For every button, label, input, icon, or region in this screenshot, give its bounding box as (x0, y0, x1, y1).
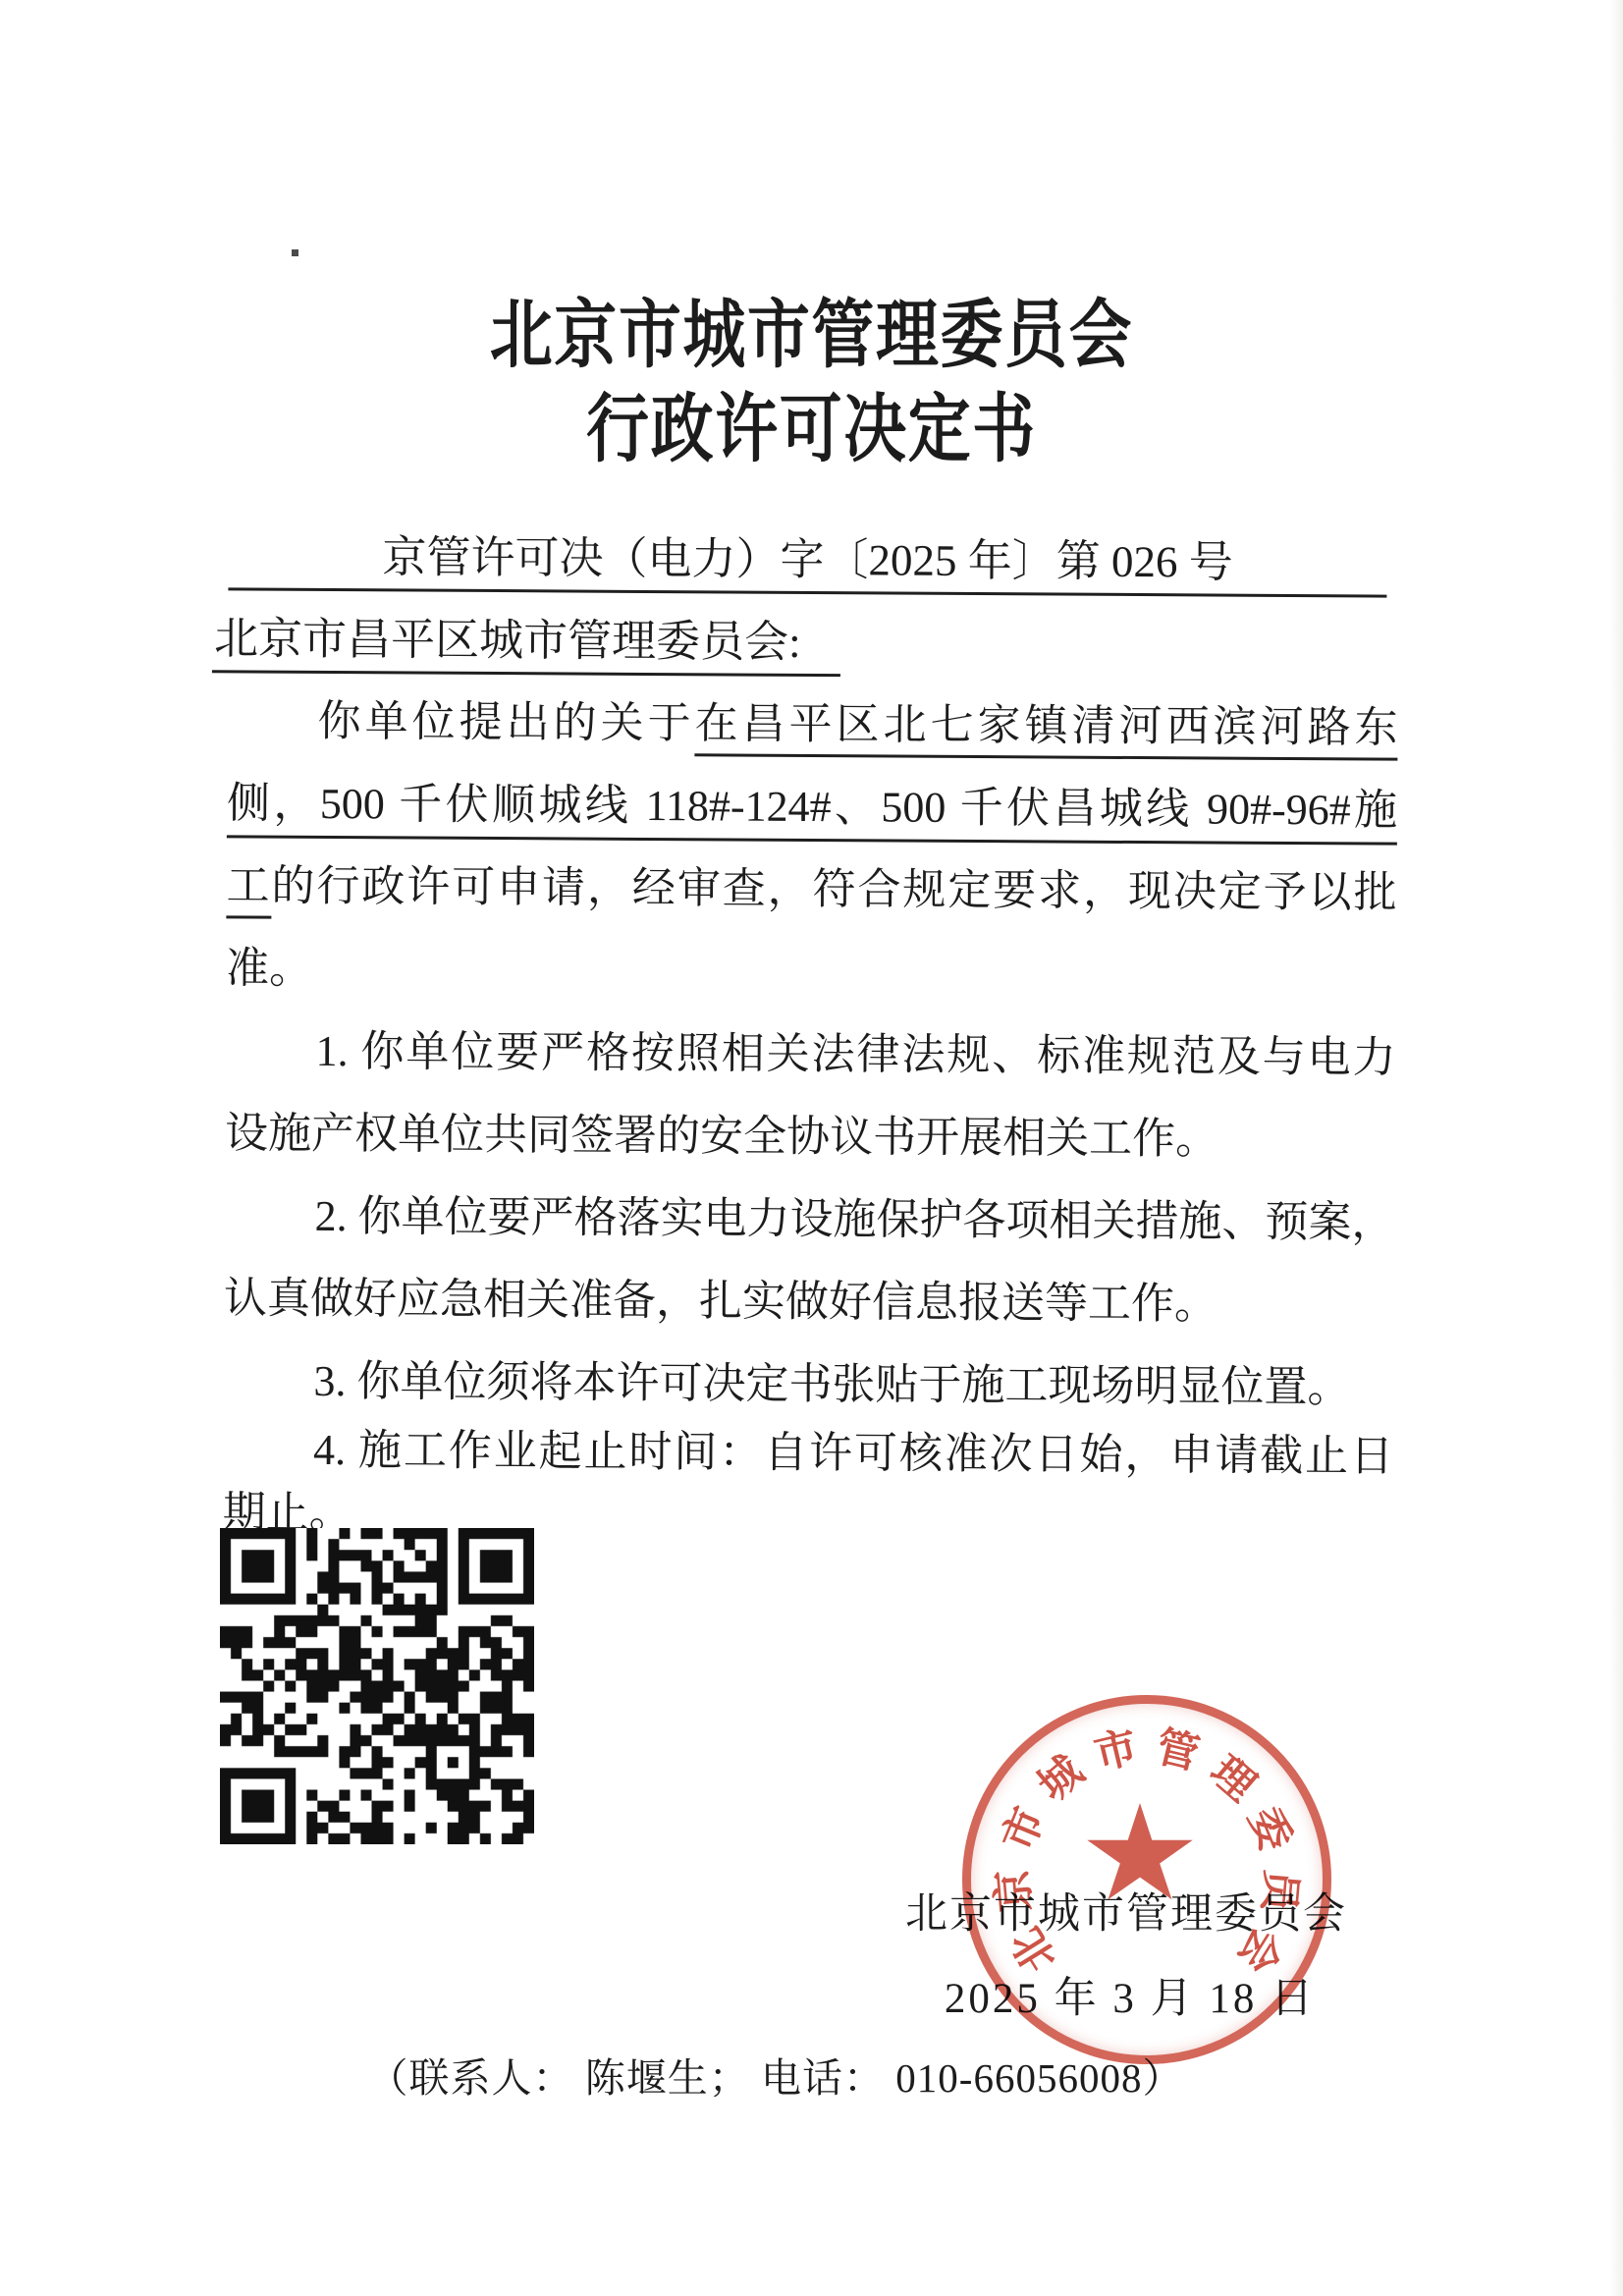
item-3-line: 3. 你单位须将本许可决定书张贴于施工现场明显位置。 (223, 1349, 1393, 1419)
item-1-line-1: 1. 你单位要严格按照相关法律法规、标准规范及与电力 (225, 1019, 1395, 1089)
scanned-document-page: { "page": {"background": "#ffffff", "ink… (0, 0, 1623, 2296)
document-body: 京管许可决（电力）字〔2025 年〕第 026 号 北京市昌平区城市管理委员会:… (0, 0, 1623, 2296)
qr-code (220, 1528, 534, 1844)
seal-ring-character: 管 (1151, 1724, 1206, 1779)
official-red-seal: 北京市城市管理委员会 (962, 1695, 1331, 2064)
seal-ring-character: 员 (1254, 1867, 1303, 1916)
underlined-text: 工 (226, 861, 271, 918)
document-number: 京管许可决（电力）字〔2025 年〕第 026 号 (228, 524, 1386, 597)
item-2-line-1: 2. 你单位要严格落实电力设施保护各项相关措施、预案， (224, 1184, 1394, 1254)
paragraph-line: 工的行政许可申请，经审查，符合规定要求，现决定予以批 (226, 854, 1396, 924)
seal-ring-character: 城 (1029, 1748, 1093, 1812)
underlined-text: 在昌平区北七家镇清河西滨河路东 (694, 699, 1397, 760)
seal-ring-character: 会 (1227, 1918, 1289, 1980)
item-1-line-2: 设施产权单位共同签署的安全协议书开展相关工作。 (225, 1102, 1395, 1172)
paragraph-text: 你单位提出的关于 (317, 697, 694, 747)
addressee-line: 北京市昌平区城市管理委员会: (212, 607, 840, 677)
seal-star-icon (1085, 1803, 1195, 1909)
seal-ring-character: 北 (1004, 1918, 1066, 1980)
item-2-line-2: 认真做好应急相关准备，扎实做好信息报送等工作。 (224, 1267, 1394, 1337)
seal-ring-character: 委 (1239, 1800, 1298, 1859)
seal-ring-character: 京 (992, 1867, 1041, 1916)
paragraph-line-underlined: 侧，500 千伏顺城线 118#-124#、500 千伏昌城线 90#-96#施 (227, 772, 1397, 845)
seal-ring-character: 理 (1201, 1748, 1265, 1812)
item-4-line-1: 4. 施工作业起止时间：自许可核准次日始，申请截止日 (223, 1418, 1393, 1488)
seal-ring-character: 市 (996, 1800, 1055, 1859)
seal-ring-character: 市 (1089, 1724, 1144, 1779)
contact-line: （联系人： 陈堰生； 电话： 010-66056008） (0, 2050, 1551, 2105)
paragraph-line: 准。 (226, 937, 1396, 1007)
paragraph-line: 你单位提出的关于在昌平区北七家镇清河西滨河路东 (227, 689, 1397, 759)
paragraph-text: 的行政许可申请，经审查，符合规定要求，现决定予以批 (271, 862, 1396, 917)
